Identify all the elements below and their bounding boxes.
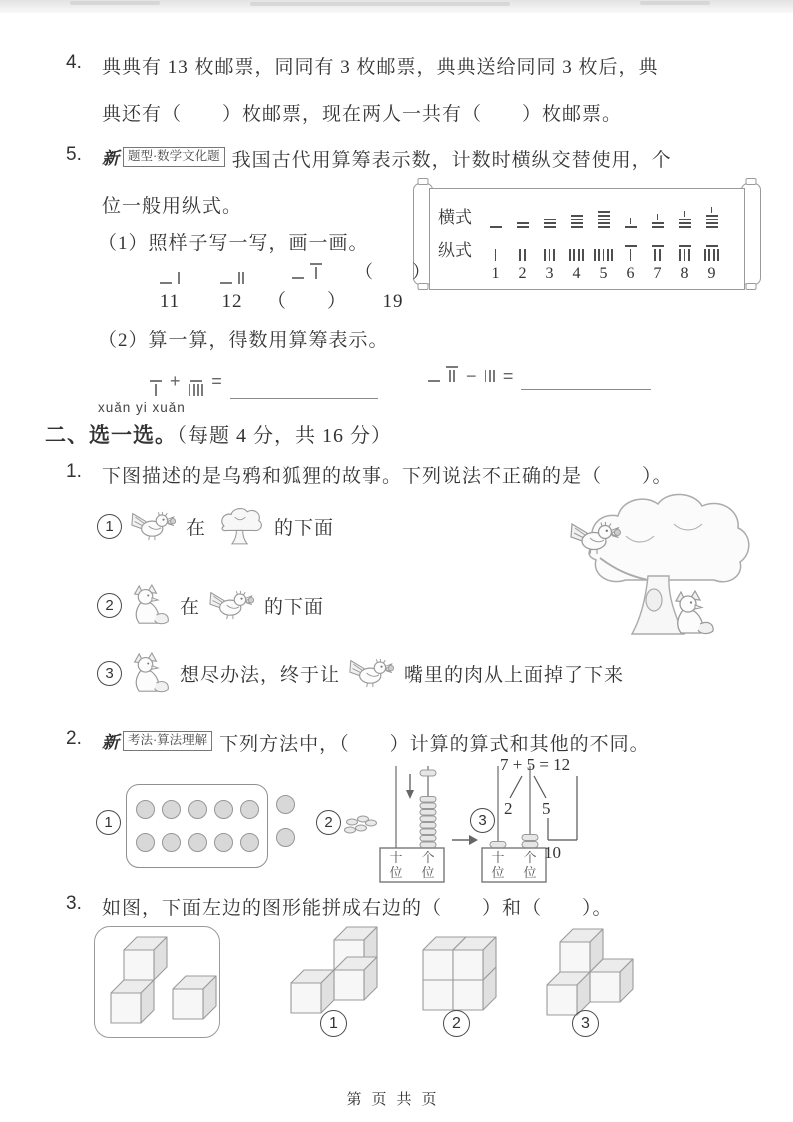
rod-stroke <box>652 222 664 224</box>
rod-stroke <box>679 226 691 228</box>
rod-stroke-row <box>449 370 455 382</box>
rod-stroke <box>652 226 664 228</box>
rod-stroke <box>679 219 691 221</box>
bird-icon <box>349 657 395 689</box>
counter-dot <box>214 833 233 852</box>
badge-label: 题型·数学文化题 <box>123 147 225 167</box>
rod-cell <box>563 249 590 261</box>
stand1-tens-label: 十 <box>389 850 402 865</box>
counter-dot <box>240 833 259 852</box>
rod-stroke <box>150 380 162 382</box>
rod-digit <box>519 249 525 261</box>
option-1-suffix: 的下面 <box>274 513 334 540</box>
counter-dot <box>188 833 207 852</box>
rod-11 <box>160 266 180 284</box>
rod-stroke <box>571 215 583 217</box>
scroll-vertical-row: 纵式 <box>438 228 742 261</box>
rod-digit <box>625 218 637 228</box>
rod-numeral <box>519 249 525 261</box>
method-2-circle[interactable]: 2 <box>316 810 341 835</box>
rod-stroke <box>711 207 713 213</box>
cube-face <box>453 950 483 980</box>
rod-digit <box>544 219 556 228</box>
eq2-right-rod <box>485 366 495 387</box>
option-1-circle: 1 <box>97 514 122 539</box>
rod-stroke <box>654 249 656 261</box>
rod-stroke <box>679 222 691 224</box>
badge-new-char: 新 <box>102 144 120 169</box>
scroll-sheet: 横式 纵式 123456789 <box>429 188 745 290</box>
rod-stroke <box>706 215 718 217</box>
rod-digit <box>150 380 162 396</box>
sample-16-answer-blank[interactable]: （ ） <box>267 286 347 313</box>
q5-line2: 位一般用纵式。 <box>102 191 242 218</box>
counter-dot <box>214 800 233 819</box>
rod-stroke-row <box>679 249 689 261</box>
rod-stroke <box>453 370 455 382</box>
rod-stroke <box>611 249 613 261</box>
sample-12: 12 <box>210 266 254 313</box>
right-arrow-head <box>469 835 478 845</box>
option-3-circle: 3 <box>97 661 122 686</box>
rod-stroke-row <box>704 249 719 261</box>
rod-numeral <box>706 207 718 228</box>
rod-stroke <box>315 267 317 279</box>
rod-digit <box>706 207 718 228</box>
rod-stroke <box>598 211 610 213</box>
rod-stroke <box>495 249 497 261</box>
rod-numeral <box>495 249 497 261</box>
rod-stroke <box>193 384 195 396</box>
new-method-badge: 新考法·算法理解 <box>102 728 212 753</box>
rod-stroke <box>598 215 610 217</box>
fox-icon <box>131 584 171 626</box>
bird-icon <box>209 589 255 621</box>
rod-digit <box>485 370 495 382</box>
counter-dot <box>188 800 207 819</box>
rod-cell <box>617 245 644 261</box>
figure-2-label[interactable]: 2 <box>443 1010 470 1037</box>
rod-samples: 11 12 （ ） （ ） 19 <box>150 258 426 313</box>
counter-dot <box>136 833 155 852</box>
rod-digit <box>594 249 613 261</box>
scroll-horizontal-row: 横式 <box>438 195 742 228</box>
rod-digit <box>598 211 610 228</box>
q5-part2: （2）算一算，得数用算筹表示。 <box>98 325 389 352</box>
rod-digit <box>160 282 172 284</box>
s2q3-text: 如图，下面左边的图形能拼成右边的（ ）和（ ）。 <box>102 893 613 920</box>
cube-face <box>124 950 154 980</box>
rod-stroke <box>292 277 304 279</box>
equals-sign: = <box>211 371 222 392</box>
rod-stroke <box>190 380 202 382</box>
eq2-answer-blank[interactable] <box>521 373 651 390</box>
rod-stroke <box>178 272 180 284</box>
s2q1-number: 1. <box>66 461 82 483</box>
rod-stroke <box>706 226 718 228</box>
rod-16 <box>292 261 322 279</box>
rod-stroke <box>598 222 610 224</box>
rod-digit <box>310 263 322 279</box>
rod-stroke <box>598 219 610 221</box>
rod-stroke <box>544 249 546 261</box>
rod-stroke <box>706 219 718 221</box>
ten-frame-row <box>136 833 258 852</box>
sample-19: （ ） 19 <box>360 258 426 313</box>
cube-face <box>173 989 203 1019</box>
trunk-hole <box>646 589 662 611</box>
rod-stroke <box>659 249 661 261</box>
rod-numeral <box>652 245 664 261</box>
s2q1-option-1[interactable]: 1 在 的下面 <box>97 506 334 546</box>
cube-face <box>547 985 577 1015</box>
cube-face <box>590 972 620 1002</box>
rod-numeral <box>569 249 584 261</box>
rod-stroke <box>571 226 583 228</box>
cube-face <box>111 993 141 1023</box>
tree-icon <box>215 506 265 546</box>
rod-cell <box>644 245 671 261</box>
rod-stroke <box>310 263 322 265</box>
rod-stroke-row <box>315 267 317 279</box>
rod-digit <box>679 245 691 261</box>
method-1-circle[interactable]: 1 <box>96 810 121 835</box>
plus-sign: + <box>170 371 181 392</box>
rod-stroke <box>220 282 232 284</box>
rod-digit <box>495 249 497 261</box>
rod-stroke <box>160 282 172 284</box>
ten-frame <box>126 784 268 868</box>
eq1-left-rod <box>150 366 162 396</box>
digit-cell: 2 <box>509 265 536 283</box>
rod-numeral <box>625 218 637 228</box>
rod-stroke-row <box>189 384 204 396</box>
q4-line1: 典典有 13 枚邮票，同同有 3 枚邮票，典典送给同同 3 枚后，典 <box>102 52 659 79</box>
counter-dot <box>276 828 295 847</box>
sample-19-rod-blank[interactable]: （ ） <box>355 258 431 284</box>
stand1-wei-label: 位 <box>389 865 402 880</box>
rod-cell <box>698 207 725 228</box>
rod-cell <box>617 218 644 228</box>
rod-stroke <box>594 249 596 261</box>
rod-stroke <box>493 370 495 382</box>
figure-1-cubes <box>278 924 378 1019</box>
rod-stroke <box>189 384 191 396</box>
rod-stroke <box>657 214 659 220</box>
stand1-wei-label: 位 <box>421 865 434 880</box>
rod-numeral <box>594 249 613 261</box>
rod-cell <box>482 226 509 228</box>
bond-left-value: 2 <box>504 799 513 818</box>
rod-cell <box>671 211 698 228</box>
rod-stroke <box>717 249 719 261</box>
rod-stroke <box>706 245 718 247</box>
rod-stroke <box>238 272 240 284</box>
rod-stroke <box>684 249 686 261</box>
figure-1-label[interactable]: 1 <box>320 1010 347 1037</box>
rod-stroke <box>578 249 580 261</box>
rod-numeral <box>625 245 637 261</box>
equals-sign: = <box>503 366 514 387</box>
eq1-right-rod <box>189 366 204 396</box>
rod-stroke <box>197 384 199 396</box>
rod-digit <box>569 249 584 261</box>
rod-stroke <box>242 272 244 284</box>
rod-stroke <box>446 366 458 368</box>
q5-part1: （1）照样子写一写，画一画。 <box>98 228 369 255</box>
section2-heading: 二、选一选。（每题 4 分，共 16 分） <box>45 419 392 449</box>
rod-numeral <box>490 226 502 228</box>
rod-stroke <box>598 249 600 261</box>
sample-11: 11 <box>150 266 190 313</box>
digit-cell: 8 <box>671 265 698 283</box>
down-arrow-head <box>406 790 414 799</box>
badge-new-char: 新 <box>102 728 120 753</box>
rod-stroke <box>517 226 529 228</box>
rod-numeral <box>485 370 495 382</box>
rod-stroke <box>582 249 584 261</box>
source-cubes <box>95 933 217 1029</box>
scan-smudge <box>70 1 160 5</box>
rod-12 <box>220 266 244 284</box>
ten-frame-outside-dots <box>276 795 295 847</box>
q4-line2: 典还有（ ）枚邮票，现在两人一共有（ ）枚邮票。 <box>102 99 622 126</box>
rod-cell <box>671 245 698 261</box>
loose-beads <box>345 816 377 833</box>
sample-16: （ ） <box>274 261 340 313</box>
q4-number: 4. <box>66 52 82 74</box>
rod-stroke <box>524 249 526 261</box>
digit-cell: 6 <box>617 265 644 283</box>
rod-numeral <box>220 272 244 284</box>
horizontal-form-label: 横式 <box>438 203 482 228</box>
equation-2: − = <box>428 366 651 387</box>
digit-cell: 3 <box>536 265 563 283</box>
rod-digit <box>652 214 664 228</box>
rod-stroke <box>485 370 487 382</box>
page-footer: 第页共页 <box>0 1088 793 1109</box>
rod-cell <box>509 249 536 261</box>
rod-stroke <box>201 384 203 396</box>
vertical-form-label: 纵式 <box>438 236 482 261</box>
digit-cell: 1 <box>482 265 509 283</box>
rod-numeral <box>160 272 180 284</box>
section2-score: （每题 4 分，共 16 分） <box>177 425 392 447</box>
rod-stroke <box>544 219 556 221</box>
rod-digit <box>544 249 554 261</box>
counter-dot <box>276 795 295 814</box>
rod-digit <box>571 215 583 228</box>
rod-stroke <box>630 249 632 261</box>
rod-stroke <box>544 222 556 224</box>
worksheet-page: 4. 典典有 13 枚邮票，同同有 3 枚邮票，典典送给同同 3 枚后，典 典还… <box>0 0 793 1122</box>
sample-19-answer: 19 <box>383 291 404 313</box>
rod-cell <box>590 249 617 261</box>
rod-numeral <box>189 380 204 396</box>
fox-under-tree <box>676 591 713 634</box>
rod-stroke <box>517 222 529 224</box>
q5-line1: 新题型·数学文化题我国古代用算筹表示数，计数时横纵交替使用，个 <box>102 144 672 172</box>
rod-cell <box>698 245 725 261</box>
rod-stroke <box>571 219 583 221</box>
option-1-mid: 在 <box>186 513 206 540</box>
rod-stroke <box>544 226 556 228</box>
q5-line1-text: 我国古代用算筹表示数，计数时横纵交替使用，个 <box>232 150 672 171</box>
rod-stroke <box>713 249 715 261</box>
rod-digit <box>292 277 304 279</box>
digits-list: 123456789 <box>482 265 725 283</box>
cube-face <box>423 950 453 980</box>
s2q1-option-2[interactable]: 2 在 的下面 <box>97 584 324 626</box>
rod-stroke <box>652 245 664 247</box>
rod-numeral <box>679 211 691 228</box>
rod-numeral <box>544 219 556 228</box>
sample-12-answer: 12 <box>222 291 243 313</box>
rod-digit <box>652 245 664 261</box>
rod-digit <box>189 380 204 396</box>
counter-dot <box>162 833 181 852</box>
rod-stroke <box>706 222 718 224</box>
minus-sign: − <box>466 366 477 387</box>
rod-cell <box>509 222 536 228</box>
rod-stroke <box>688 249 690 261</box>
tree-foliage <box>589 494 749 581</box>
rod-cell <box>563 215 590 228</box>
rod-stroke <box>489 370 491 382</box>
rod-cell <box>644 214 671 228</box>
bird-icon <box>131 510 177 542</box>
rod-numeral <box>598 211 610 228</box>
fox-icon <box>131 652 171 694</box>
rod-stroke <box>490 226 502 228</box>
q5-number: 5. <box>66 144 82 166</box>
cube-face <box>423 980 453 1010</box>
bond-ten-value: 10 <box>544 843 561 862</box>
option-3-mid: 想尽办法，终于让 <box>180 660 340 687</box>
rod-numeral <box>544 249 554 261</box>
option-2-mid: 在 <box>180 592 200 619</box>
digit-cell: 4 <box>563 265 590 283</box>
rod-stroke <box>569 249 571 261</box>
rod-stroke <box>625 226 637 228</box>
rod-stroke <box>428 380 440 382</box>
rod-stroke <box>708 249 710 261</box>
rod-stroke-row <box>630 249 632 261</box>
counting-rod-scroll: 横式 纵式 123456789 <box>413 178 761 290</box>
cube-face <box>560 942 590 972</box>
rod-stroke <box>630 218 632 224</box>
rod-numeral <box>679 245 691 261</box>
figure-3-label[interactable]: 3 <box>572 1010 599 1037</box>
bond-equation: 7 + 5 = 12 <box>500 755 570 774</box>
counter-dot <box>136 800 155 819</box>
rod-numeral <box>428 366 458 382</box>
number-bond: 7 + 5 = 12 2 5 10 <box>492 752 632 872</box>
rod-stroke <box>625 245 637 247</box>
rod-numeral <box>652 214 664 228</box>
crow-fox-tree-illustration <box>556 484 771 642</box>
rod-digit <box>446 366 458 382</box>
cube-face <box>291 983 321 1013</box>
rod-stroke <box>449 370 451 382</box>
sample-11-answer: 11 <box>160 291 180 313</box>
s2q1-option-3[interactable]: 3 想尽办法，终于让 嘴里的肉从上面掉了下来 <box>97 652 624 694</box>
rod-stroke <box>679 245 691 247</box>
section2-title: 二、选一选。 <box>45 423 177 447</box>
badge-label: 考法·算法理解 <box>123 731 212 751</box>
rod-numeral <box>150 380 162 396</box>
rod-numeral <box>571 215 583 228</box>
eq2-left-rod <box>428 366 458 387</box>
digit-cell: 7 <box>644 265 671 283</box>
rod-digit <box>679 211 691 228</box>
digit-cell: 9 <box>698 265 725 283</box>
rod-digit <box>704 245 719 261</box>
vertical-rods <box>482 245 725 261</box>
counter-dot <box>162 800 181 819</box>
rod-numeral <box>517 222 529 228</box>
rod-digit <box>178 272 180 284</box>
cube-face <box>453 980 483 1010</box>
rod-numeral <box>704 245 719 261</box>
source-shapes-box <box>94 926 220 1038</box>
rod-stroke <box>553 249 555 261</box>
option-2-circle: 2 <box>97 593 122 618</box>
figure-2-cubes <box>410 932 500 1017</box>
rod-digit <box>220 282 232 284</box>
option-2-suffix: 的下面 <box>264 592 324 619</box>
rod-digit <box>238 272 244 284</box>
s2q2-number: 2. <box>66 728 82 750</box>
figure-3-cubes <box>534 926 634 1021</box>
option-3-suffix: 嘴里的肉从上面掉了下来 <box>404 660 624 687</box>
rod-stroke <box>603 249 605 261</box>
rod-stroke-row <box>155 384 157 396</box>
stand1-ones-label: 个 <box>421 850 434 865</box>
rod-stroke <box>571 222 583 224</box>
scan-smudge <box>250 2 510 6</box>
new-topic-badge: 新题型·数学文化题 <box>102 144 225 169</box>
rod-cell <box>590 211 617 228</box>
eq1-answer-blank[interactable] <box>230 382 378 399</box>
scroll-digits-row: 123456789 <box>438 261 742 286</box>
rod-digit <box>625 245 637 261</box>
equation-1: + = <box>150 366 378 396</box>
rod-stroke <box>704 249 706 261</box>
rod-stroke <box>155 384 157 396</box>
rod-digit <box>428 380 440 382</box>
rod-stroke <box>549 249 551 261</box>
bond-right-value: 5 <box>542 799 551 818</box>
ten-frame-row <box>136 800 258 819</box>
rod-stroke <box>598 226 610 228</box>
rod-cell <box>536 249 563 261</box>
rod-cell <box>536 219 563 228</box>
rod-stroke <box>607 249 609 261</box>
rod-numeral <box>292 263 322 279</box>
rod-stroke <box>679 249 681 261</box>
scan-smudge <box>640 1 710 5</box>
rod-stroke <box>573 249 575 261</box>
rod-digit <box>490 226 502 228</box>
digit-cell: 5 <box>590 265 617 283</box>
rod-stroke-row <box>654 249 660 261</box>
horizontal-rods <box>482 207 725 228</box>
cube-face <box>334 970 364 1000</box>
heading-pinyin: xuǎn yi xuǎn <box>98 400 186 415</box>
rod-stroke <box>519 249 521 261</box>
rod-cell <box>482 249 509 261</box>
